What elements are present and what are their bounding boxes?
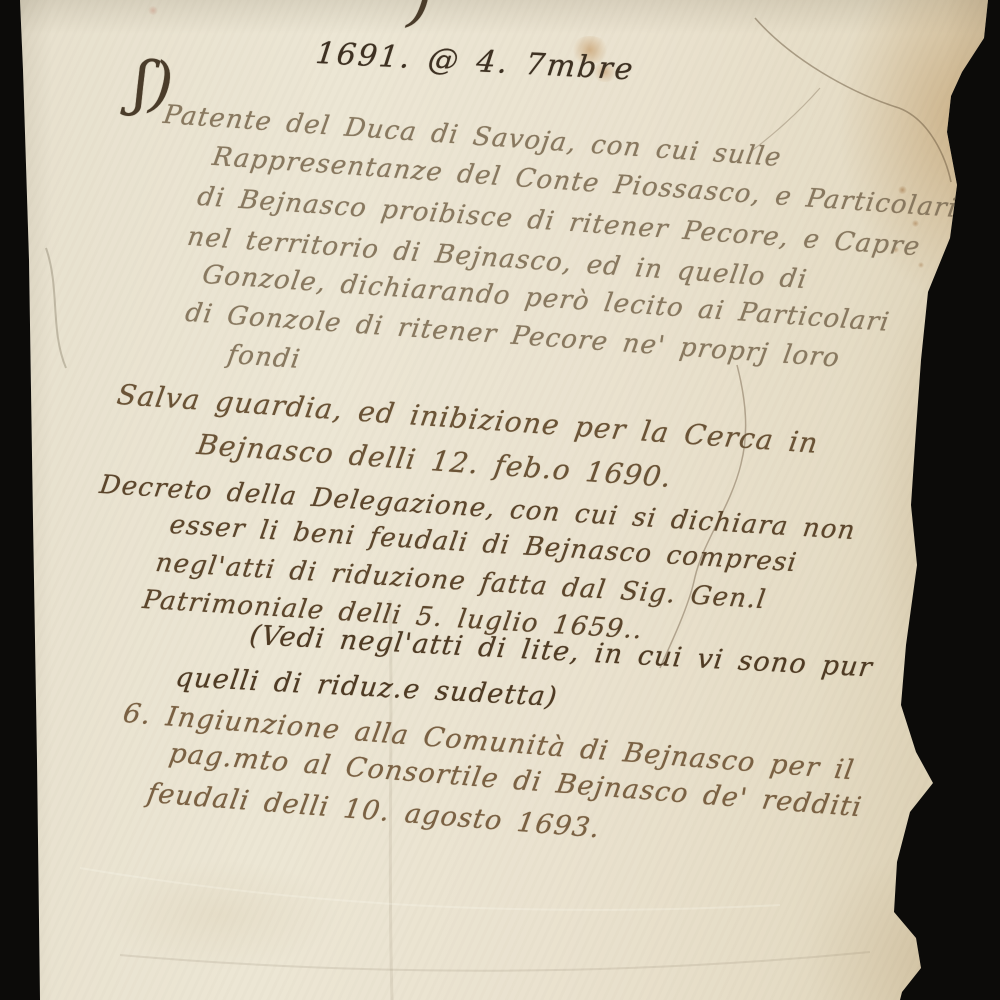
- header-date: 1691. @ 4. 7mbre: [314, 36, 637, 88]
- handwriting-layer: ) 1691. @ 4. 7mbre ʃ) Patente del Duca d…: [0, 0, 1000, 1000]
- manuscript-sheet: ) 1691. @ 4. 7mbre ʃ) Patente del Duca d…: [0, 0, 1000, 1000]
- manuscript-line: fondi: [225, 340, 303, 375]
- cutoff-flourish: ): [405, 0, 435, 35]
- manuscript-line: quelli di riduz.e sudetta): [174, 662, 560, 713]
- photo-background: ) 1691. @ 4. 7mbre ʃ) Patente del Duca d…: [0, 0, 1000, 1000]
